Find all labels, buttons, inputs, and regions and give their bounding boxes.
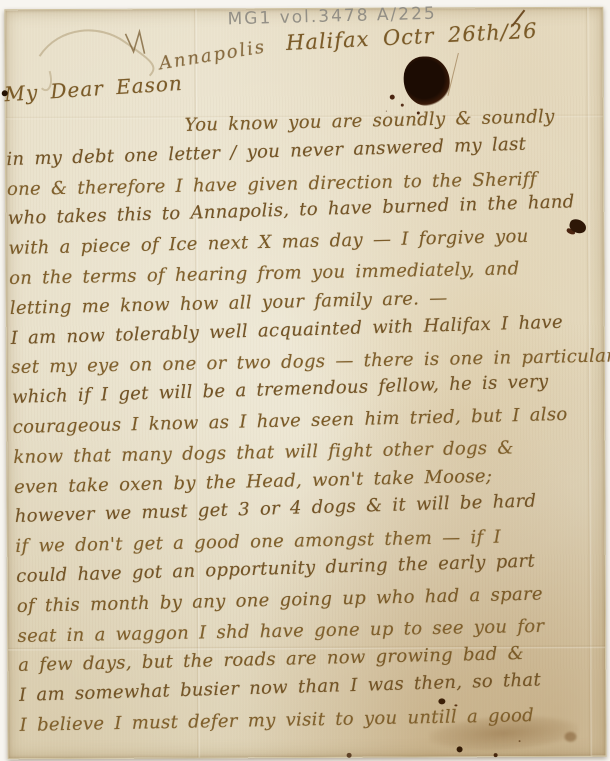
stain-dot [565,732,577,742]
letter-line: letting me know how all your family are.… [10,288,448,319]
letter-line: in my debt one letter / you never answer… [6,133,526,169]
stain-dot [347,753,352,758]
ink-dot [2,90,8,96]
letter-paper: MG1 vol.3478 A/225 Halifax Octr 26th/26 … [4,7,606,760]
letter-line: with a piece of Ice next X mas day — I f… [8,226,529,259]
letter-line: could have got an opportunity during the… [16,551,535,587]
stain-dot [438,698,445,704]
bottom-stain-smudge [428,712,580,754]
letter-line: I am somewhat busier now than I was then… [19,670,541,706]
letter-body: You know you are soundly & soundlyin my … [3,0,610,759]
letter-line: of this month by any one going up who ha… [17,583,543,616]
letter-line: courageous I know as I have seen him tri… [12,404,567,438]
letter-line: know that many dogs that will fight othe… [13,437,514,468]
letter-line: however we must get 3 or 4 dogs & it wil… [15,491,537,527]
letter-line: on the terms of hearing from you immedia… [9,258,520,289]
letter-line: You know you are soundly & soundly [184,106,554,136]
letter-line: if we don't get a good one amongst them … [15,527,501,557]
stain-dot [457,746,463,752]
letter-scan: MG1 vol.3478 A/225 Halifax Octr 26th/26 … [0,0,610,761]
letter-line: seat in a waggon I shd have gone up to s… [17,615,544,646]
letter-line: even take oxen by the Head, won't take M… [14,465,493,497]
letter-line: which if I get will be a tremendous fell… [12,371,549,408]
